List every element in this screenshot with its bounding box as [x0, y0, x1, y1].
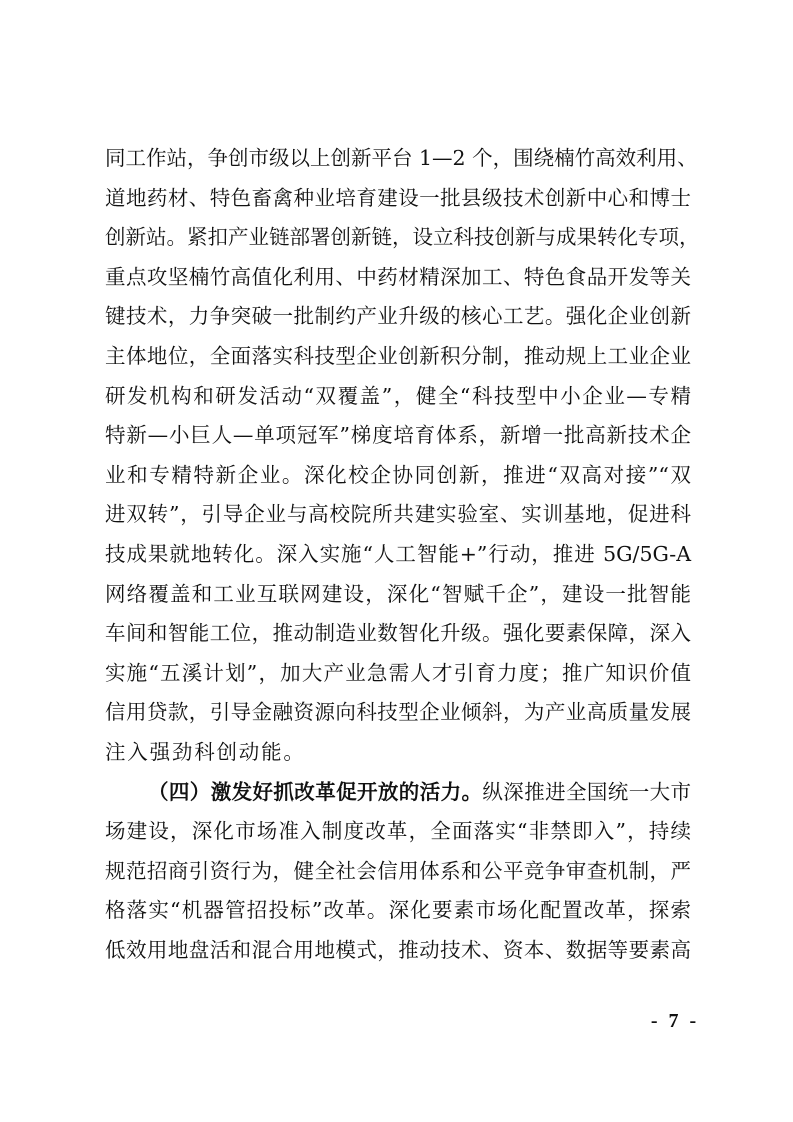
text-line: 注入强劲科创动能。 — [105, 733, 691, 773]
text-line: 业和专精特新企业。深化校企协同创新，推进“双高对接”“双 — [105, 456, 691, 496]
text-line: 创新站。紧扣产业链部署创新链，设立科技创新与成果转化专项， — [105, 218, 691, 258]
text-line: 研发机构和研发活动“双覆盖”，健全“科技型中小企业—专精 — [105, 377, 691, 417]
text-line: 重点攻坚楠竹高值化利用、中药材精深加工、特色食品开发等关 — [105, 258, 691, 298]
text-line: 进双转”，引导企业与高校院所共建实验室、实训基地，促进科 — [105, 495, 691, 535]
text-line: 道地药材、特色畜禽种业培育建设一批县级技术创新中心和博士 — [105, 179, 691, 219]
text-line: 规范招商引资行为，健全社会信用体系和公平竞争审查机制，严 — [105, 852, 691, 892]
document-page: 同工作站，争创市级以上创新平台 1—2 个，围绕楠竹高效利用、 道地药材、特色畜… — [105, 139, 691, 970]
paragraph-reform: （四）激发好抓改革促开放的活力。纵深推进全国统一大市 场建设，深化市场准入制度改… — [105, 773, 691, 971]
text-line: 特新—小巨人—单项冠军”梯度培育体系，新增一批高新技术企 — [105, 416, 691, 456]
section-heading-line: （四）激发好抓改革促开放的活力。纵深推进全国统一大市 — [105, 773, 691, 813]
text-line: 同工作站，争创市级以上创新平台 1—2 个，围绕楠竹高效利用、 — [105, 139, 691, 179]
text-line: 场建设，深化市场准入制度改革，全面落实“非禁即入”，持续 — [105, 812, 691, 852]
text-line: 信用贷款，引导金融资源向科技型企业倾斜，为产业高质量发展 — [105, 693, 691, 733]
text-line: 实施“五溪计划”，加大产业急需人才引育力度；推广知识价值 — [105, 654, 691, 694]
text-line: 格落实“机器管招投标”改革。深化要素市场化配置改革，探索 — [105, 891, 691, 931]
section-heading: （四）激发好抓改革促开放的活力。 — [148, 780, 482, 804]
text-line: 网络覆盖和工业互联网建设，深化“智赋千企”，建设一批智能 — [105, 575, 691, 615]
text-line: 低效用地盘活和混合用地模式，推动技术、资本、数据等要素高 — [105, 931, 691, 971]
paragraph-innovation: 同工作站，争创市级以上创新平台 1—2 个，围绕楠竹高效利用、 道地药材、特色畜… — [105, 139, 691, 773]
text-line: 键技术，力争突破一批制约产业升级的核心工艺。强化企业创新 — [105, 297, 691, 337]
heading-line-text: 纵深推进全国统一大市 — [482, 780, 691, 804]
text-line: 车间和智能工位，推动制造业数智化升级。强化要素保障，深入 — [105, 614, 691, 654]
page-number: - 7 - — [640, 1010, 710, 1033]
text-line: 主体地位，全面落实科技型企业创新积分制，推动规上工业企业 — [105, 337, 691, 377]
text-line: 技成果就地转化。深入实施“人工智能+”行动，推进 5G/5G-A — [105, 535, 691, 575]
